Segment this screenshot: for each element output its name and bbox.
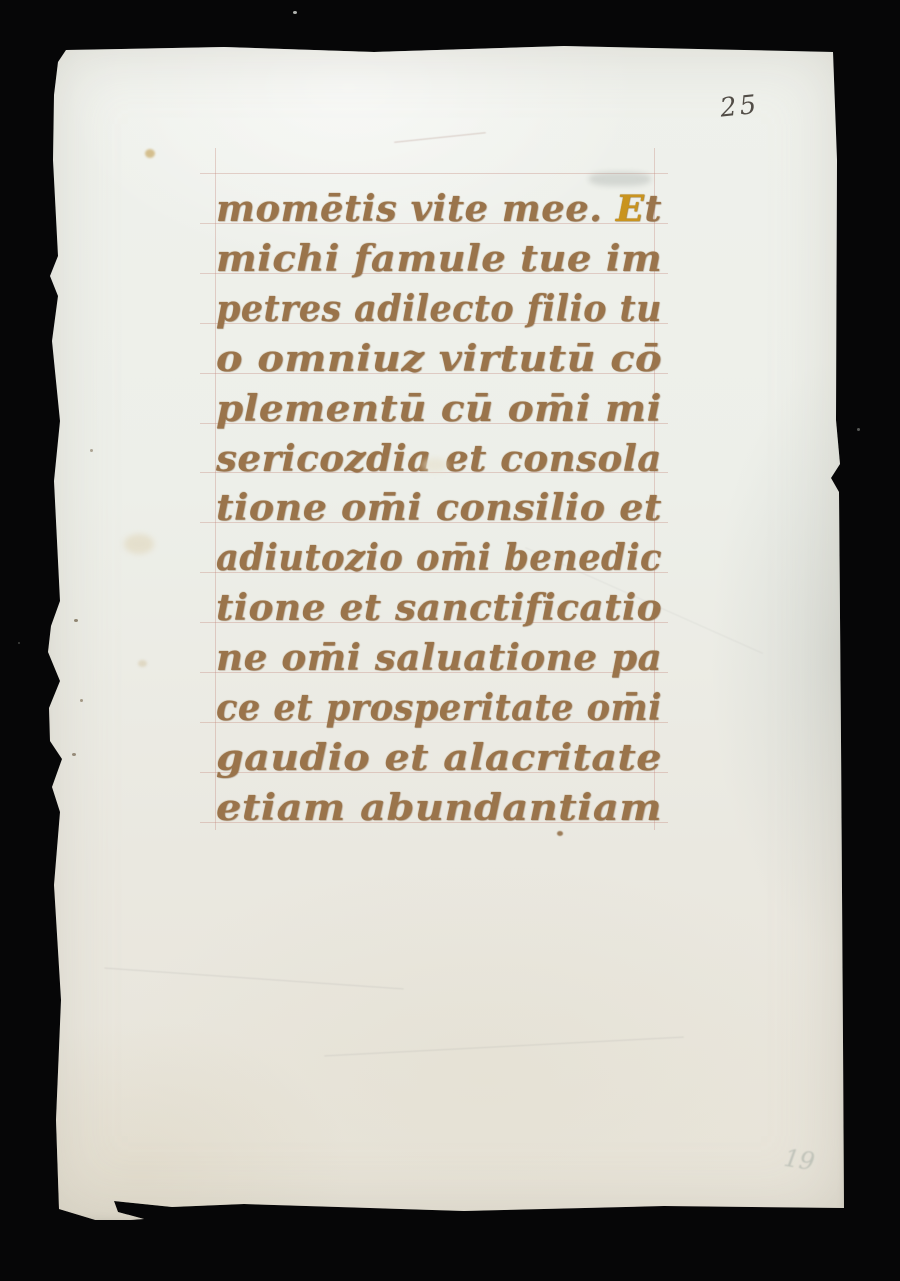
manuscript-line: michi famule tue im — [216, 223, 662, 273]
stain-spot — [422, 458, 448, 472]
stain-spot — [124, 534, 154, 554]
manuscript-line: momētis vite mee. Et — [216, 173, 662, 223]
edge-speck — [90, 449, 93, 452]
dust-speck — [18, 642, 20, 644]
parchment-wrinkle — [324, 1037, 684, 1057]
manuscript-line-text: michi famule tue im — [216, 241, 662, 277]
manuscript-line-text: ce et prosperitate om̄i — [216, 690, 662, 726]
manuscript-line: gaudio et alacritate — [216, 722, 662, 772]
manuscript-line-text: plementū cū om̄i mi — [216, 391, 662, 427]
manuscript-line-text: ne om̄i saluatione pa — [216, 640, 662, 676]
manuscript-line-text: tione om̄i consilio et — [216, 490, 662, 526]
parchment-wrinkle — [104, 968, 403, 990]
edge-speck — [74, 619, 78, 622]
surface-scratch — [394, 132, 486, 143]
manuscript-line-text: etiam abundantiam — [216, 790, 662, 826]
manuscript-line-text: gaudio et alacritate — [216, 740, 662, 776]
manuscript-leaf: momētis vite mee. Etmichi famule tue imp… — [44, 40, 845, 1220]
ink-dot — [557, 831, 563, 836]
manuscript-line: petres adilecto filio tu — [216, 273, 662, 323]
manuscript-line: tione om̄i consilio et — [216, 472, 662, 522]
dust-speck — [857, 428, 860, 431]
manuscript-line-text: o omniuz virtutū cō — [216, 341, 662, 377]
stain-spot — [138, 660, 147, 667]
manuscript-line-text: tione et sanctificatio — [216, 590, 662, 626]
manuscript-line-text: momētis vite mee. Et — [216, 191, 662, 227]
stain-spot — [145, 149, 155, 158]
dust-speck — [293, 11, 297, 14]
manuscript-line: plementū cū om̄i mi — [216, 373, 662, 423]
edge-speck — [80, 699, 83, 702]
manuscript-line: o omniuz virtutū cō — [216, 323, 662, 373]
manuscript-line-text: petres adilecto filio tu — [216, 291, 662, 327]
ink-text: etiam abundantiam — [216, 787, 662, 829]
edge-speck — [72, 753, 76, 756]
manuscript-line: ne om̄i saluatione pa — [216, 622, 662, 672]
manuscript-line-text: adiutozio om̄i benedic — [216, 540, 662, 576]
folio-number: 25 — [719, 86, 792, 123]
photo-backdrop: momētis vite mee. Etmichi famule tue imp… — [0, 0, 900, 1281]
manuscript-line: adiutozio om̄i benedic — [216, 522, 662, 572]
manuscript-line: etiam abundantiam — [216, 772, 662, 822]
manuscript-line: ce et prosperitate om̄i — [216, 672, 662, 722]
pencil-inventory-mark: 19 — [782, 1144, 817, 1176]
